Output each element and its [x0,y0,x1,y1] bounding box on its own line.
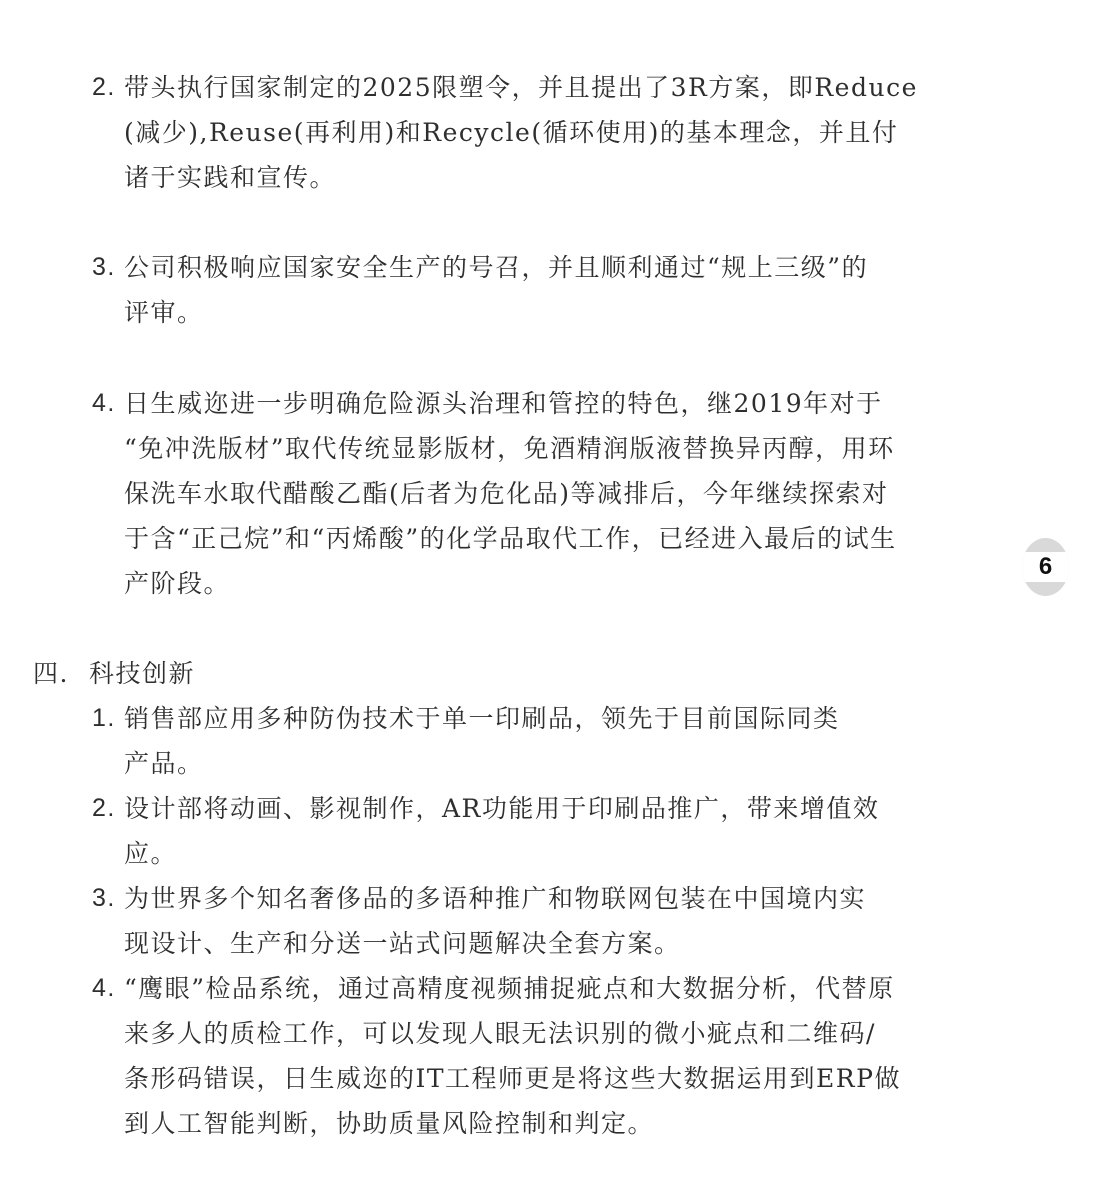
list-number: 2. [92,786,124,831]
list-text: 带头执行国家制定的2025限塑令，并且提出了3R方案，即Reduce (减少),… [124,65,962,200]
text-line: 现设计、生产和分送一站式问题解决全套方案。 [124,929,681,958]
page-number: 6 [1022,552,1069,582]
text-line: 产阶段。 [124,569,230,598]
text-line: 来多人的质检工作，可以发现人眼无法识别的微小疵点和二维码/ [124,1019,876,1048]
text-line: “免冲洗版材”取代传统显影版材，免酒精润版液替换异丙醇，用环 [124,434,895,463]
list-item-3: 3. 公司积极响应国家安全生产的号召，并且顺利通过“规上三级”的 评审。 [92,245,962,335]
list-text: 设计部将动画、影视制作，AR功能用于印刷品推广，带来增值效 应。 [124,786,962,876]
text-line: 条形码错误，日生威迩的IT工程师更是将这些大数据运用到ERP做 [124,1064,901,1093]
text-line: 带头执行国家制定的2025限塑令，并且提出了3R方案，即Reduce [124,73,918,102]
list-text: 销售部应用多种防伪技术于单一印刷品，领先于目前国际同类 产品。 [124,696,962,786]
list-text: 日生威迩进一步明确危险源头治理和管控的特色，继2019年对于 “免冲洗版材”取代… [124,381,962,606]
text-line: 公司积极响应国家安全生产的号召，并且顺利通过“规上三级”的 [124,253,868,282]
section-item-1: 1. 销售部应用多种防伪技术于单一印刷品，领先于目前国际同类 产品。 [92,696,962,786]
text-line: 为世界多个知名奢侈品的多语种推广和物联网包装在中国境内实 [124,884,866,913]
section-title: 科技创新 [89,659,195,688]
text-line: 产品。 [124,749,204,778]
text-line: 于含“正己烷”和“丙烯酸”的化学品取代工作，已经进入最后的试生 [124,524,897,553]
list-text: 公司积极响应国家安全生产的号召，并且顺利通过“规上三级”的 评审。 [124,245,962,335]
text-line: 到人工智能判断，协助质量风险控制和判定。 [124,1109,654,1138]
text-line: 保洗车水取代醋酸乙酯(后者为危化品)等减排后，今年继续探索对 [124,479,889,508]
text-line: 设计部将动画、影视制作，AR功能用于印刷品推广，带来增值效 [124,794,879,823]
text-line: 应。 [124,839,177,868]
list-number: 1. [92,696,124,741]
text-line: (减少),Reuse(再利用)和Recycle(循环使用)的基本理念，并且付 [124,118,898,147]
list-number: 3. [92,245,124,290]
section-item-3: 3. 为世界多个知名奢侈品的多语种推广和物联网包装在中国境内实 现设计、生产和分… [92,876,962,966]
text-line: 日生威迩进一步明确危险源头治理和管控的特色，继2019年对于 [124,389,883,418]
list-item-2: 2. 带头执行国家制定的2025限塑令，并且提出了3R方案，即Reduce (减… [92,65,962,200]
section-item-4: 4. “鹰眼”检品系统，通过高精度视频捕捉疵点和大数据分析，代替原 来多人的质检… [92,966,962,1146]
list-number: 4. [92,381,124,426]
section-heading: 四.科技创新 [33,651,195,696]
text-line: “鹰眼”检品系统，通过高精度视频捕捉疵点和大数据分析，代替原 [124,974,895,1003]
section-number: 四. [33,651,89,696]
list-item-4: 4. 日生威迩进一步明确危险源头治理和管控的特色，继2019年对于 “免冲洗版材… [92,381,962,606]
page-number-badge: 6 [1022,538,1069,596]
document-page: 2. 带头执行国家制定的2025限塑令，并且提出了3R方案，即Reduce (减… [0,0,1099,1200]
list-text: 为世界多个知名奢侈品的多语种推广和物联网包装在中国境内实 现设计、生产和分送一站… [124,876,962,966]
list-number: 3. [92,876,124,921]
list-text: “鹰眼”检品系统，通过高精度视频捕捉疵点和大数据分析，代替原 来多人的质检工作，… [124,966,962,1146]
text-line: 评审。 [124,298,204,327]
text-line: 诸于实践和宣传。 [124,163,336,192]
list-number: 2. [92,65,124,110]
section-item-2: 2. 设计部将动画、影视制作，AR功能用于印刷品推广，带来增值效 应。 [92,786,962,876]
text-line: 销售部应用多种防伪技术于单一印刷品，领先于目前国际同类 [124,704,840,733]
list-number: 4. [92,966,124,1011]
